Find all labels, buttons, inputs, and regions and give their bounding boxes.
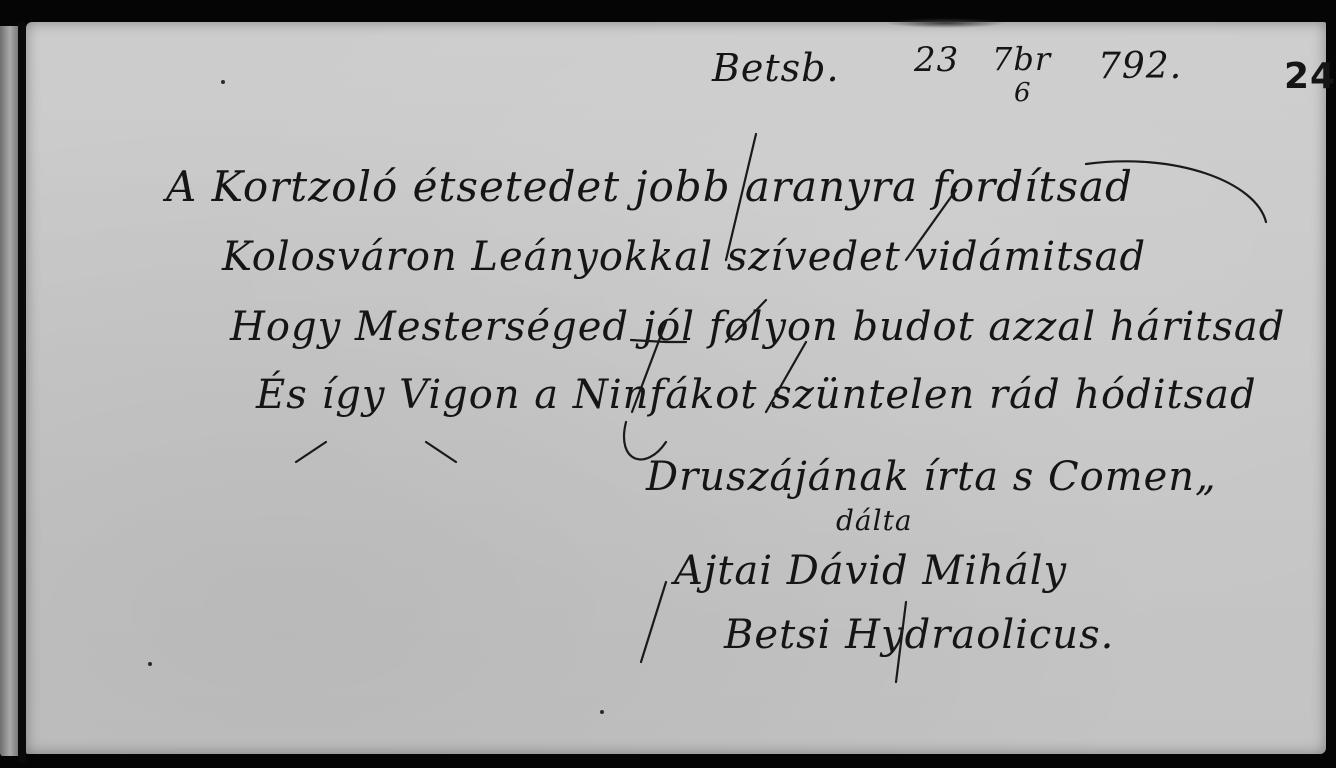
manuscript-page: Betsb. 23 7br 6 792. 24 A Kortzoló étset… (26, 22, 1326, 754)
author-title: Betsi Hydraolicus. (724, 612, 1114, 658)
header-place: Betsb. (712, 46, 840, 90)
ink-speck (148, 662, 152, 666)
adjacent-page-edge (0, 26, 18, 756)
dedication-line: Druszájának írta s Comen„ (646, 454, 1217, 500)
ink-speck (600, 710, 604, 714)
poem-line-4: És így Vigon a Ninfákot szüntelen rád hó… (256, 372, 1257, 418)
book-gutter (18, 22, 26, 762)
header-month-sub: 6 (1014, 78, 1032, 108)
poem-line-1: A Kortzoló étsetedet jobb aranyra fordít… (166, 162, 1133, 211)
poem-line-3: Hogy Mesterséged jól folyon budot azzal … (230, 304, 1285, 350)
ink-speck (221, 80, 225, 84)
dedication-subscript: dálta (836, 504, 913, 537)
folio-number: 24 (1284, 56, 1336, 97)
header-year: 792. (1098, 46, 1182, 87)
author-name: Ajtai Dávid Mihály (674, 548, 1067, 594)
poem-line-2: Kolosváron Leányokkal szívedet vidámitsa… (222, 234, 1146, 280)
header-month: 7br (992, 40, 1051, 78)
header-day: 23 (914, 40, 959, 80)
